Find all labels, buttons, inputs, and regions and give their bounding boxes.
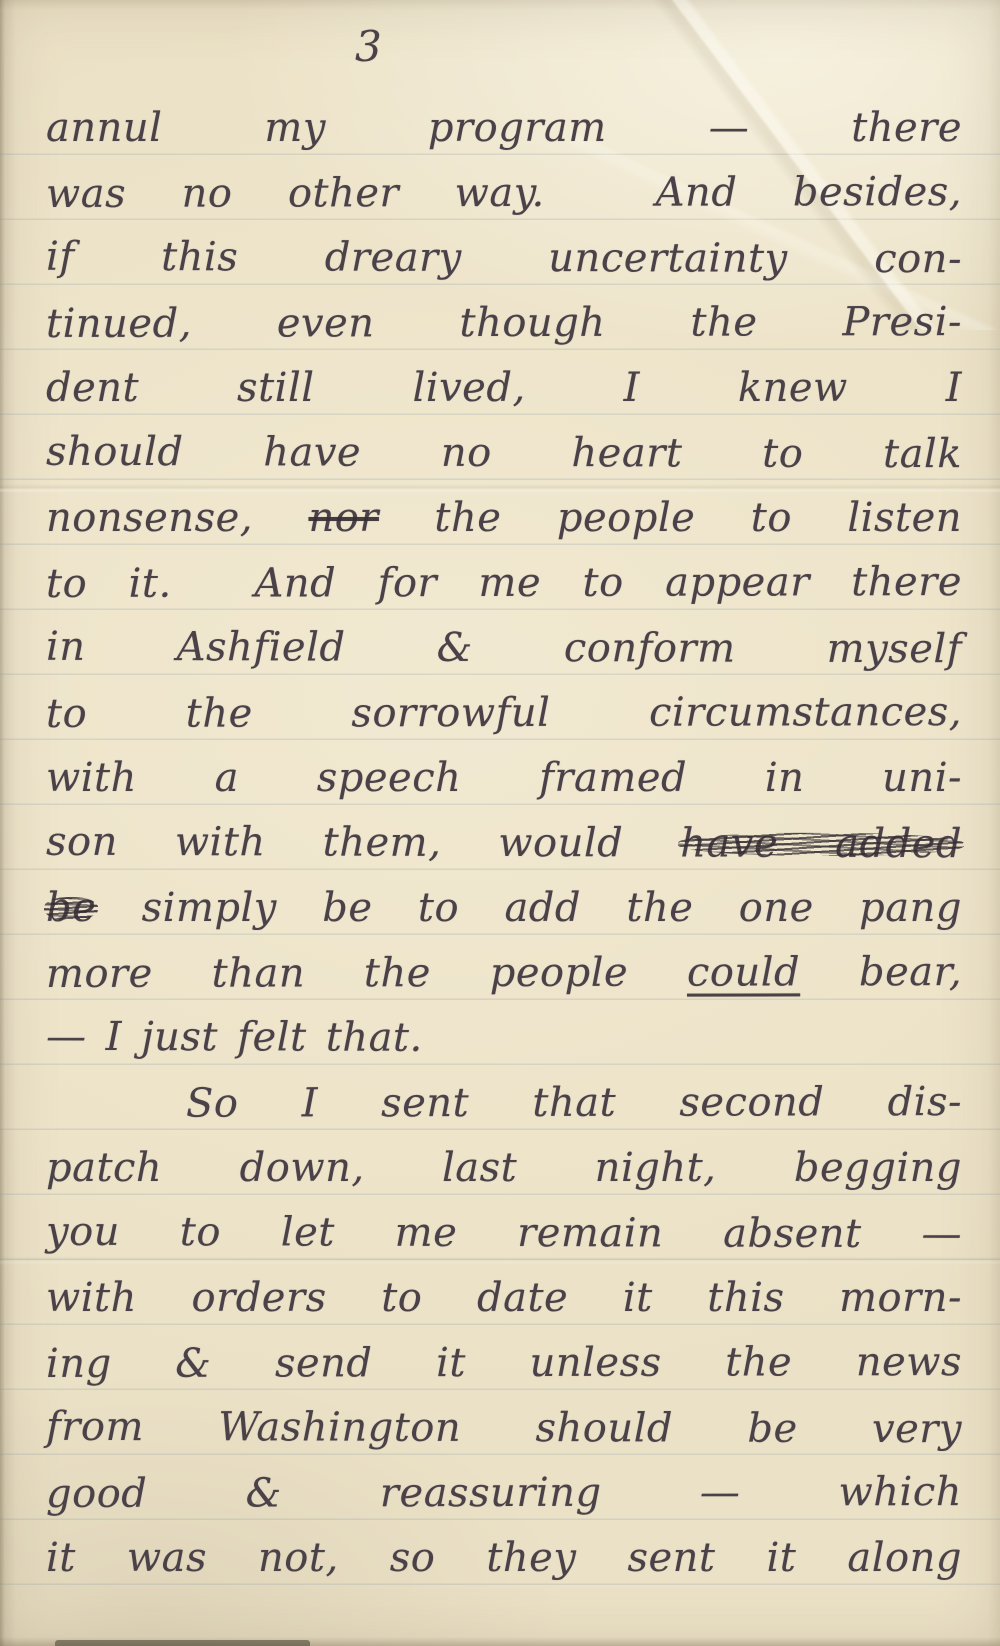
text-segment: was no other way. And besides, — [46, 169, 962, 217]
text-segment: the people to listen — [379, 495, 962, 541]
handwritten-line: nonsense, nor the people to listen — [46, 486, 962, 551]
text-segment: So I sent that second dis- — [186, 1079, 962, 1127]
scribbled-out-word: be — [46, 885, 96, 931]
handwritten-line: with a speech framed in uni- — [46, 746, 962, 811]
text-segment: patch down, last night, begging — [46, 1145, 962, 1191]
text-segment: dent still lived, I knew I — [46, 365, 962, 411]
text-segment: tinued, even though the Presi- — [46, 299, 962, 347]
text-segment: to it. And for me to appear there — [46, 559, 962, 607]
handwritten-line: to it. And for me to appear there — [46, 550, 962, 617]
text-segment: with orders to date it this morn- — [46, 1275, 962, 1321]
text-segment: simply be to add the one pang — [96, 885, 962, 931]
text-segment: son with them, would — [46, 819, 680, 867]
handwritten-line: from Washington should be very — [46, 1395, 962, 1462]
handwritten-line: So I sent that second dis- — [46, 1070, 962, 1137]
text-segment: bear, — [800, 949, 962, 995]
text-segment: if this dreary uncertainty con- — [46, 234, 962, 282]
handwritten-line: it was not, so they sent it along — [46, 1526, 962, 1591]
text-segment: more than the people — [46, 950, 687, 997]
text-segment: in Ashfield & conform myself — [46, 624, 962, 672]
handwritten-line: son with them, would have added — [46, 810, 962, 877]
page-number: 3 — [355, 22, 382, 71]
text-segment: should have no heart to talk — [46, 429, 962, 477]
handwritten-line: patch down, last night, begging — [46, 1136, 962, 1201]
handwritten-line: should have no heart to talk — [46, 420, 962, 487]
bottom-edge-shadow — [55, 1640, 310, 1646]
handwritten-line: was no other way. And besides, — [46, 160, 962, 227]
text-segment: from Washington should be very — [46, 1404, 962, 1452]
scribbled-out-word: have added — [680, 820, 962, 867]
text-segment: you to let me remain absent — — [46, 1209, 962, 1257]
letter-body: annul my program — therewas no other way… — [46, 96, 962, 1591]
text-segment: it was not, so they sent it along — [46, 1535, 962, 1581]
text-segment: annul my program — there — [46, 105, 962, 151]
text-segment: — I just felt that. — [46, 1014, 423, 1061]
struck-out-word: nor — [308, 495, 378, 541]
handwritten-line: annul my program — there — [46, 96, 962, 161]
text-segment: ing & send it unless the news — [46, 1339, 962, 1387]
handwritten-line: tinued, even though the Presi- — [46, 290, 962, 357]
handwritten-line: with orders to date it this morn- — [46, 1266, 962, 1331]
handwritten-line: good & reassuring — which — [46, 1460, 962, 1527]
handwritten-line: if this dreary uncertainty con- — [46, 225, 962, 292]
text-segment: to the sorrowful circumstances, — [46, 689, 962, 737]
underlined-word: could — [687, 949, 800, 995]
handwritten-line: to the sorrowful circumstances, — [46, 680, 962, 747]
letter-page: 3 annul my program — therewas no other w… — [0, 0, 1000, 1646]
handwritten-line: in Ashfield & conform myself — [46, 615, 962, 682]
handwritten-line: ing & send it unless the news — [46, 1330, 962, 1397]
text-segment: with a speech framed in uni- — [46, 755, 962, 801]
handwritten-line: — I just felt that. — [46, 1005, 962, 1072]
text-segment: nonsense, — [46, 495, 308, 541]
text-segment: good & reassuring — which — [46, 1469, 962, 1517]
handwritten-line: be simply be to add the one pang — [46, 876, 962, 941]
handwritten-line: more than the people could bear, — [46, 940, 962, 1007]
handwritten-line: you to let me remain absent — — [46, 1200, 962, 1267]
handwritten-line: dent still lived, I knew I — [46, 356, 962, 421]
